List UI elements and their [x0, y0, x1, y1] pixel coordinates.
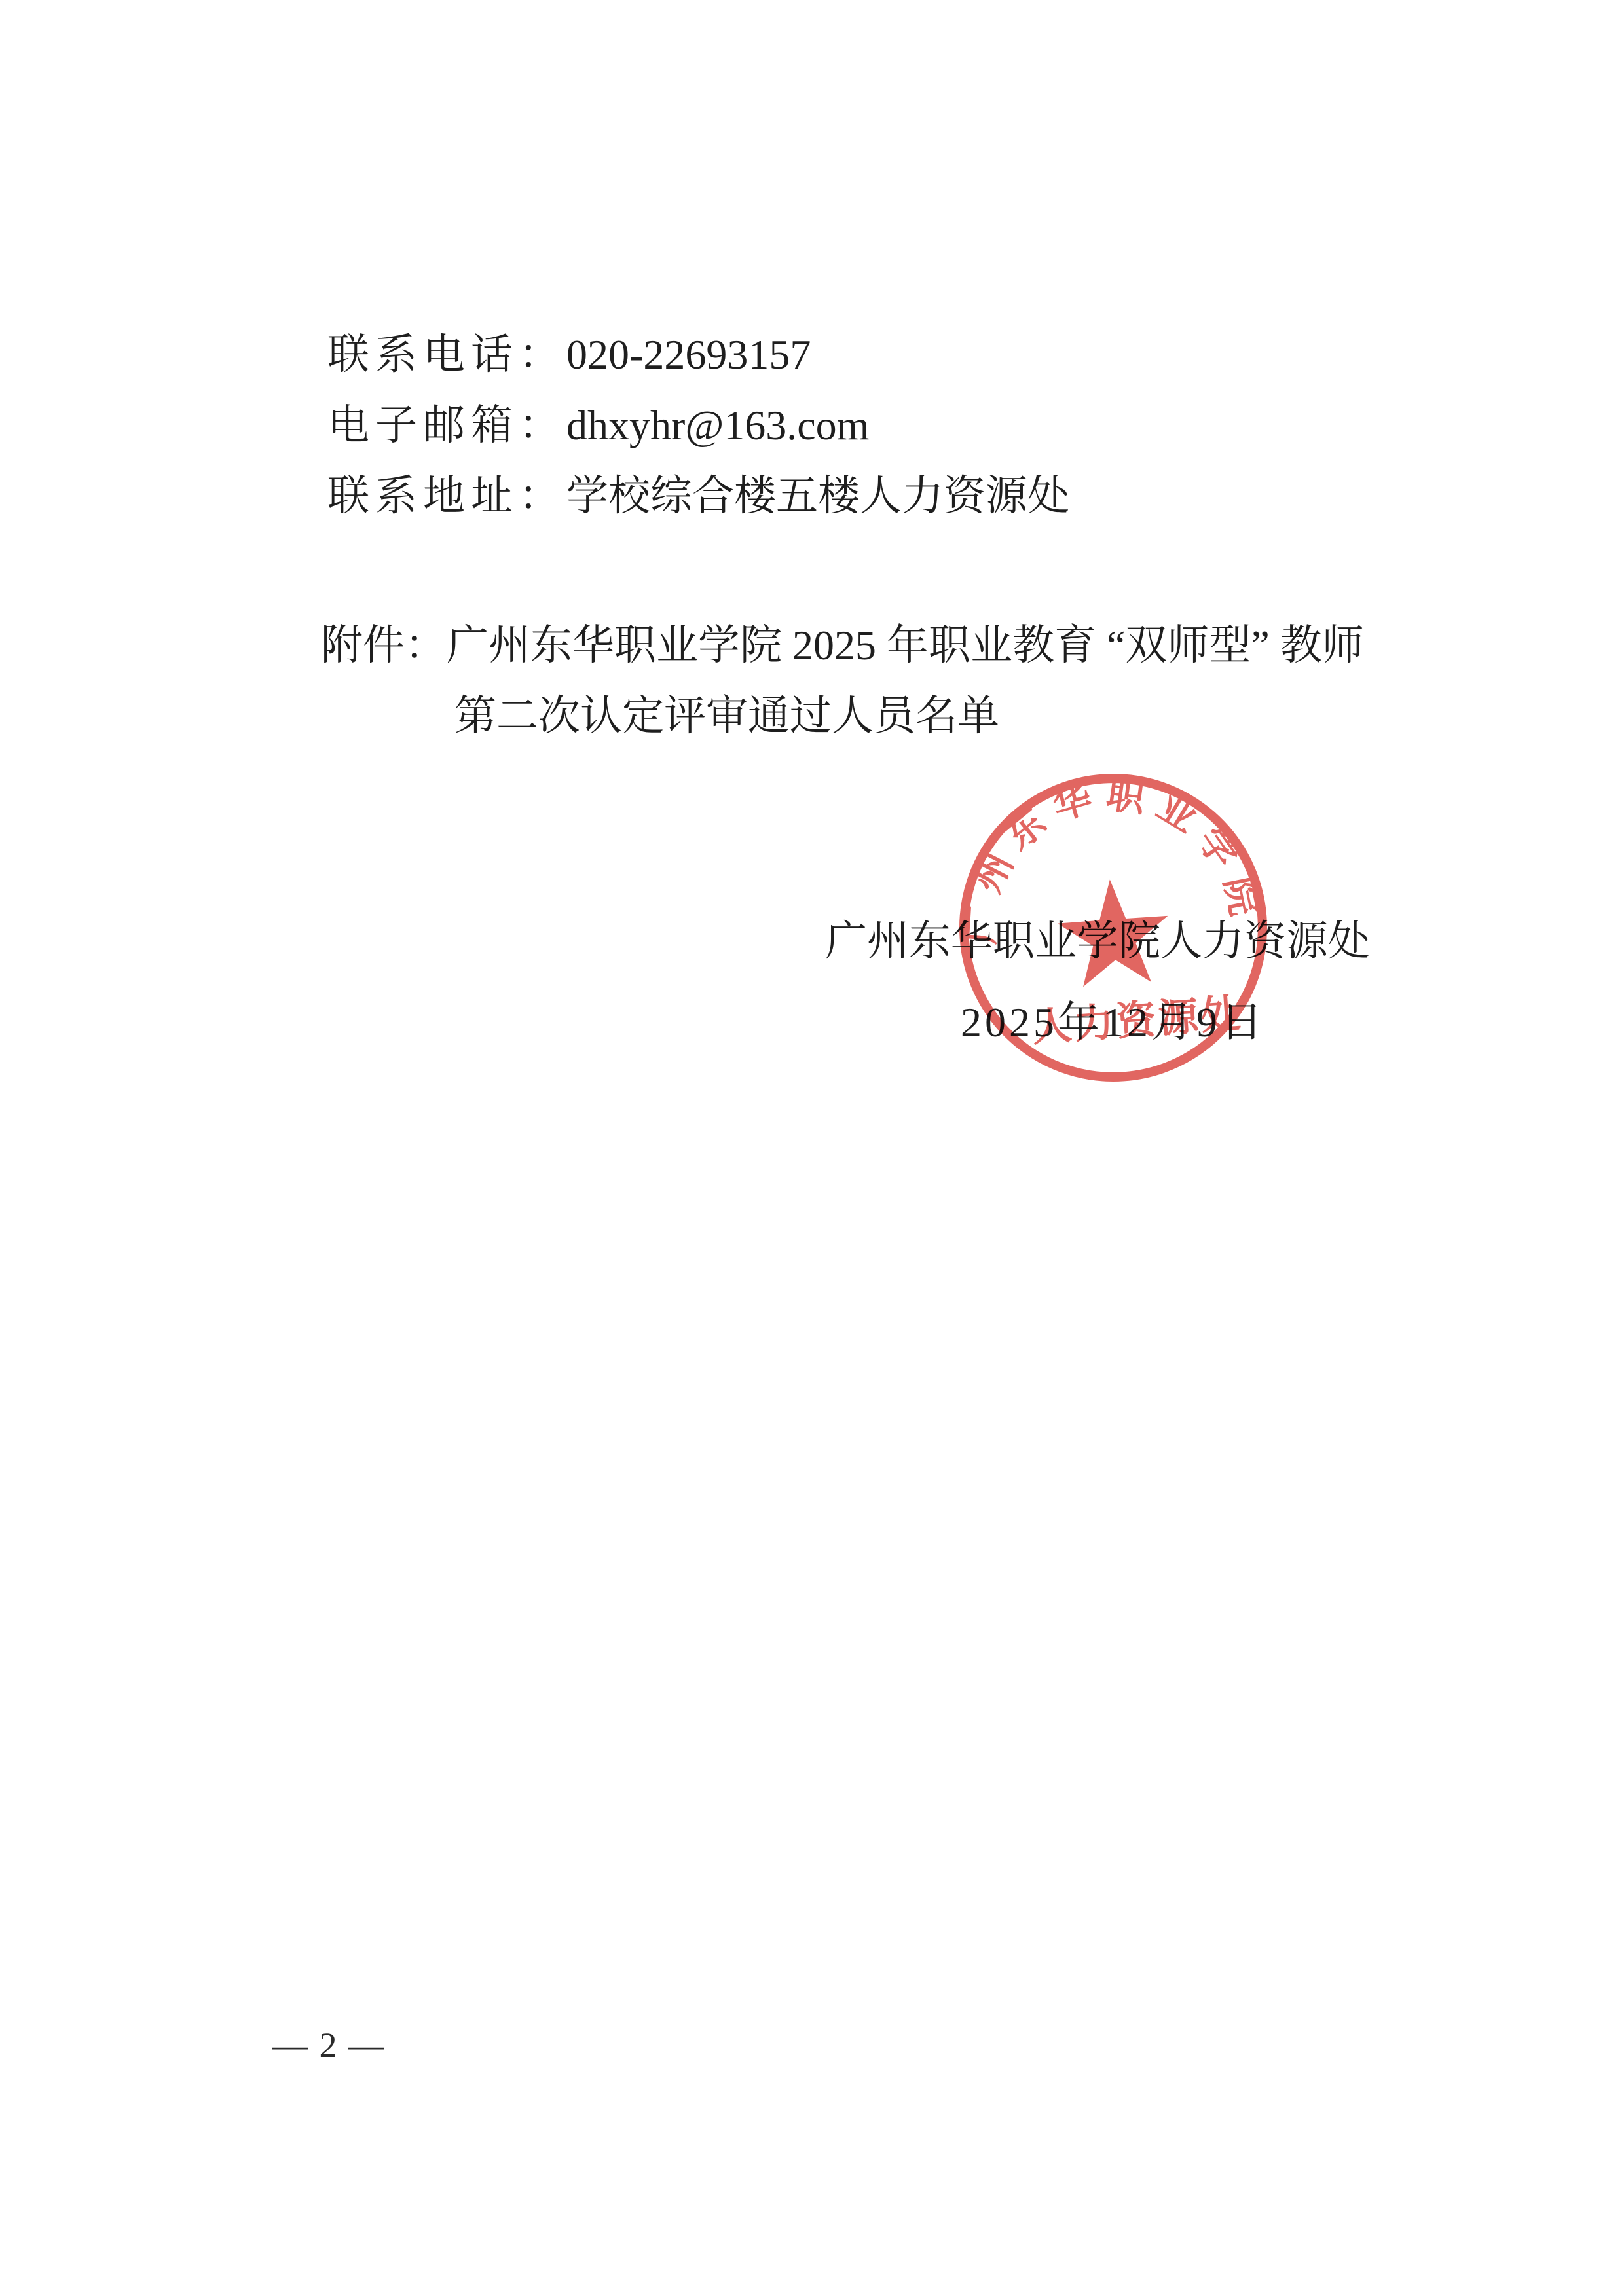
contact-line-phone: 联系电话：020-22693157 [327, 331, 811, 378]
attachment-title-part2: 第二次认定评审通过人员名单 [454, 693, 999, 740]
contact-email-value: dhxyhr@163.com [566, 402, 869, 448]
official-seal-stamp: 广州东华职业学院 人力资源处 [948, 762, 1279, 1093]
contact-address-label: 联系地址： [327, 473, 566, 519]
scanned-document-page: 联系电话：020-22693157 电子邮箱：dhxyhr@163.com 联系… [0, 0, 1624, 2296]
page-number: — 2 — [272, 2026, 385, 2065]
contact-phone-label: 联系电话： [327, 331, 566, 378]
contact-email-label: 电子邮箱： [327, 402, 566, 448]
attachment-title-part1: 广州东华职业学院 2025 年职业教育 “双师型” 教师 [447, 622, 1364, 668]
attachment-line-1: 附件：广州东华职业学院 2025 年职业教育 “双师型” 教师 [321, 622, 1364, 669]
attachment-label: 附件： [321, 622, 447, 668]
contact-address-value: 学校综合楼五楼人力资源处 [566, 473, 1069, 519]
contact-phone-value: 020-22693157 [566, 331, 811, 378]
contact-line-email: 电子邮箱：dhxyhr@163.com [327, 402, 869, 449]
seal-star-icon [1055, 876, 1173, 989]
contact-line-address: 联系地址：学校综合楼五楼人力资源处 [327, 473, 1069, 520]
